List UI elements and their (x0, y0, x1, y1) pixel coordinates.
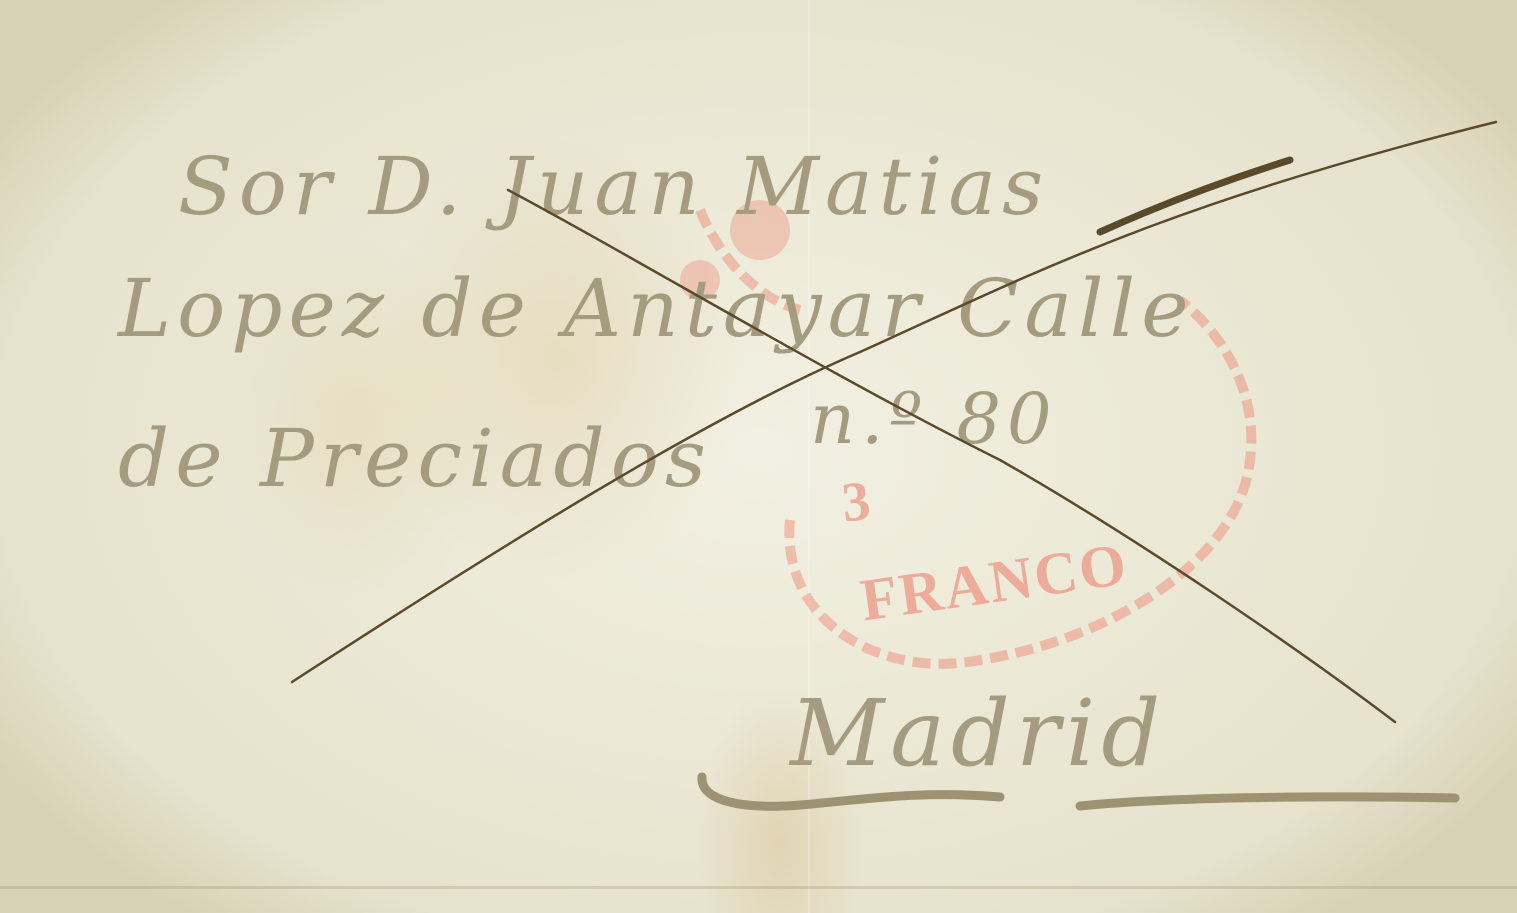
letter-cover: 3 FRANCO Sor D. Juan Matias Lopez de Ant… (0, 0, 1517, 913)
manuscript-cross-cancellation (0, 0, 1517, 913)
